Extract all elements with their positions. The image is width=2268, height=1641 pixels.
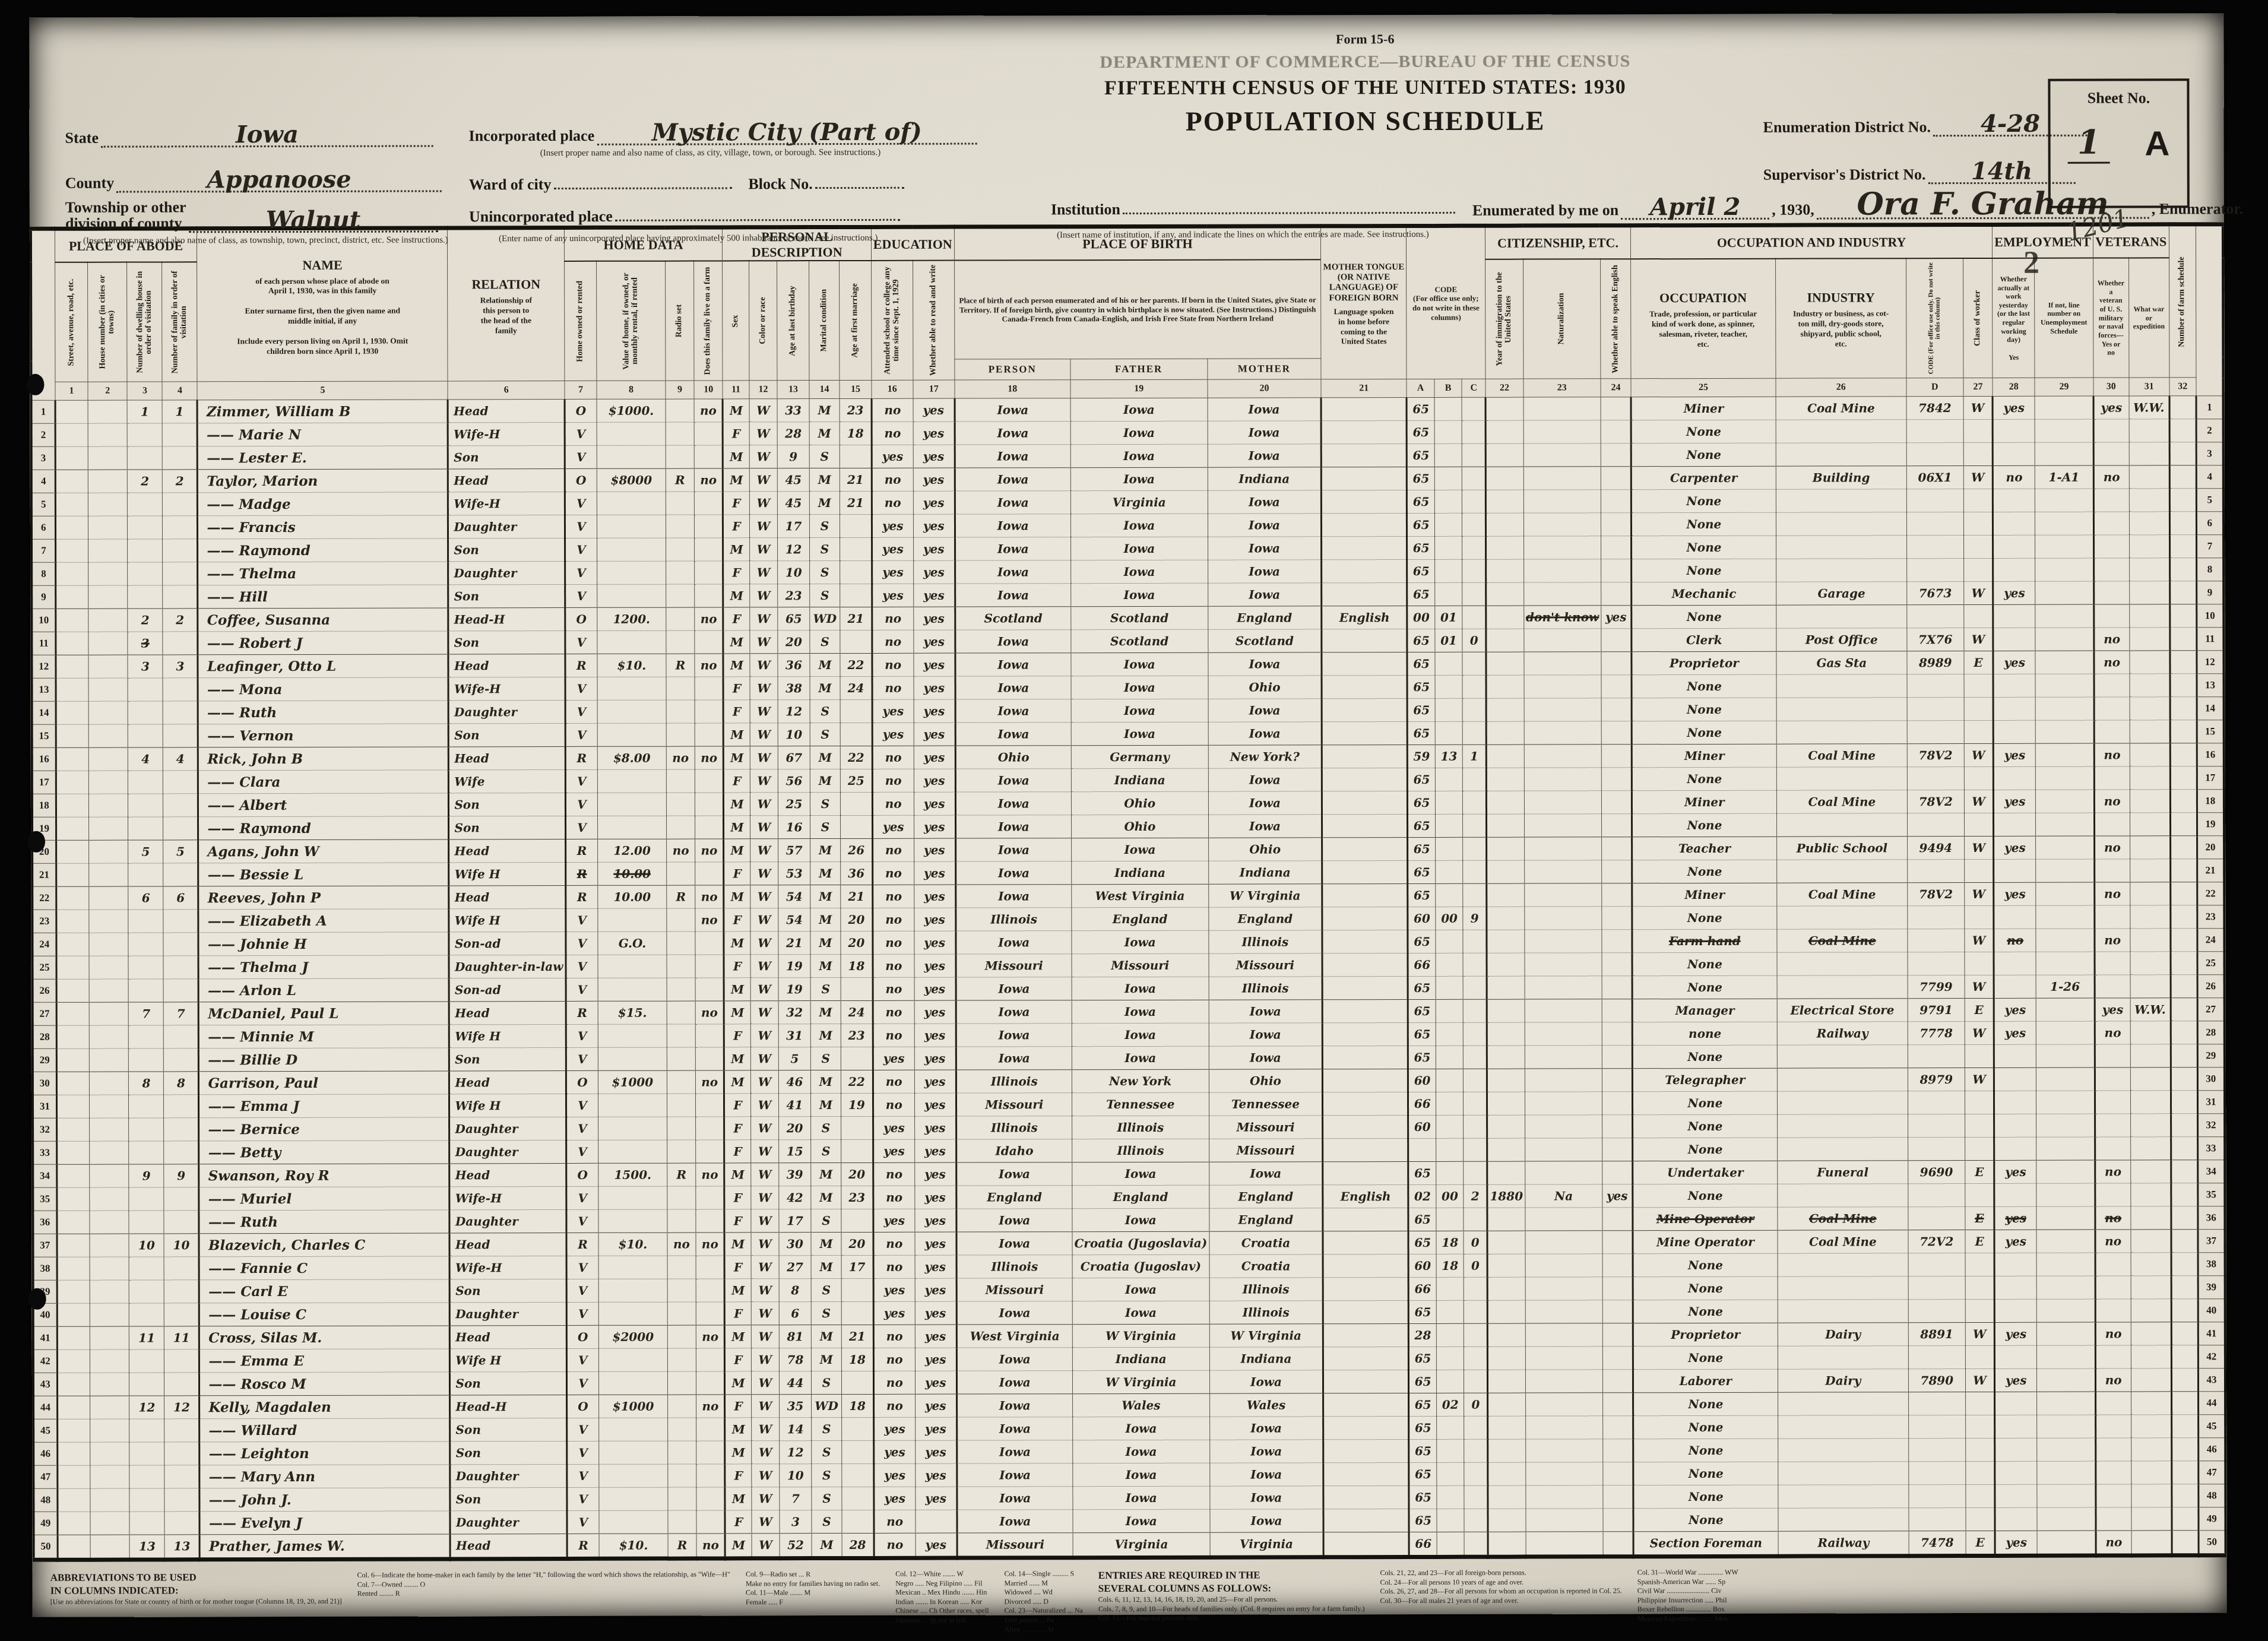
col-rel: Head	[449, 1070, 566, 1094]
col-dw: 12	[129, 1396, 164, 1419]
footer-block: Col. 14—Single ......... S Married .....…	[1004, 1569, 1083, 1634]
col-fam	[163, 423, 198, 446]
form-number: Form 15-6	[1009, 31, 1721, 48]
col-mar: S	[809, 561, 840, 584]
col-own: V	[566, 1371, 598, 1395]
col-ind: Building	[1776, 466, 1906, 489]
col-sch: no	[872, 491, 913, 514]
col-ca: 65	[1409, 1509, 1437, 1532]
col-farm	[696, 1371, 725, 1395]
col-eng	[1601, 443, 1631, 467]
col-cb	[1435, 559, 1463, 582]
col-race: W	[750, 1140, 779, 1163]
col-hn	[88, 655, 128, 678]
col-cc	[1464, 1138, 1487, 1161]
col-ind	[1776, 674, 1907, 698]
col-wk	[1993, 720, 2035, 743]
col-eng	[1602, 1138, 1633, 1161]
col-war	[2130, 813, 2170, 836]
col-bp: Iowa	[956, 1000, 1072, 1024]
col-war	[2130, 836, 2170, 859]
col-sch: no	[872, 468, 913, 491]
col-race: W	[750, 978, 779, 1001]
col-val	[598, 1209, 667, 1233]
col-sex: F	[723, 422, 749, 445]
col-eng	[1601, 652, 1632, 675]
col-farm: no	[695, 607, 723, 631]
line-number: 9	[2196, 581, 2223, 604]
col-ue	[2036, 929, 2095, 952]
col-cc	[1462, 490, 1486, 513]
col-rad: no	[666, 746, 695, 769]
header-cell: Naturalization	[1523, 259, 1601, 379]
col-bpf: West Virginia	[1072, 884, 1209, 907]
col-cc	[1464, 1416, 1488, 1439]
col-nat	[1525, 907, 1602, 930]
col-fam	[163, 817, 198, 840]
col-farm: no	[696, 1233, 724, 1256]
col-cb	[1437, 1509, 1465, 1532]
col-rel: Son	[450, 1487, 566, 1510]
col-st	[56, 724, 89, 747]
col-war	[2129, 489, 2169, 512]
col-dw	[129, 1257, 164, 1280]
institution-field: Institution	[1051, 200, 1455, 218]
col-bpf: Wales	[1072, 1393, 1209, 1417]
col-mt	[1323, 1532, 1409, 1557]
col-fam: 9	[164, 1164, 199, 1187]
col-occ: Mine Operator	[1633, 1207, 1778, 1231]
col-ind: Public School	[1776, 837, 1907, 860]
col-dw	[129, 1465, 164, 1488]
col-fam	[163, 539, 198, 562]
col-vet: no	[2094, 790, 2130, 813]
col-hn	[89, 747, 128, 771]
header-cell: D	[1906, 378, 1963, 397]
col-race: W	[750, 1163, 779, 1186]
col-wk: yes	[1995, 1368, 2037, 1392]
line-number: 13	[32, 678, 56, 701]
col-fam	[163, 493, 198, 516]
col-farm	[695, 677, 723, 700]
col-rw: yes	[913, 491, 955, 514]
col-vet	[2093, 581, 2129, 604]
col-name: —— Ruth	[198, 701, 449, 724]
col-hn	[88, 539, 128, 562]
col-cc	[1463, 976, 1487, 999]
col-mt	[1322, 629, 1407, 652]
col-bp: Illinois	[956, 1070, 1072, 1093]
col-cc	[1464, 1069, 1487, 1092]
col-occ: None	[1631, 420, 1776, 443]
header-cell: 26	[1776, 378, 1906, 397]
col-afm	[841, 1116, 873, 1139]
header-cell: 12	[749, 381, 778, 399]
col-rel: Son	[450, 1418, 566, 1441]
col-fs	[2171, 1067, 2197, 1091]
col-cls	[1963, 512, 1993, 535]
col-race: W	[750, 932, 779, 955]
col-val	[597, 422, 666, 445]
col-fs	[2170, 859, 2197, 882]
col-ca: 65	[1408, 721, 1436, 745]
col-code: 78V2	[1907, 744, 1964, 767]
col-name: Coffee, Susanna	[198, 608, 448, 632]
col-farm: no	[694, 468, 723, 492]
col-rel: Son	[448, 584, 565, 607]
col-vet	[2095, 905, 2130, 929]
col-sch: no	[874, 1510, 916, 1533]
col-rw: yes	[915, 1232, 956, 1255]
col-sch: no	[873, 931, 914, 954]
col-ca: 65	[1407, 513, 1435, 536]
col-dw	[128, 817, 163, 840]
col-fs	[2171, 1415, 2198, 1438]
col-war	[2129, 604, 2169, 628]
col-bp: Iowa	[956, 1232, 1072, 1255]
col-val: $1000	[598, 1070, 667, 1094]
line-number: 37	[2198, 1230, 2225, 1253]
col-race: W	[750, 723, 778, 746]
col-sex: M	[723, 399, 749, 422]
col-hn	[88, 516, 128, 539]
col-bpf: Iowa	[1072, 1023, 1209, 1046]
col-mt	[1322, 652, 1407, 676]
col-afm: 28	[842, 1533, 874, 1558]
col-occ: Telegrapher	[1632, 1068, 1777, 1092]
col-sch: no	[873, 1162, 915, 1186]
header-cell: Whether able to read and write	[913, 261, 954, 381]
col-fam	[164, 1187, 199, 1211]
col-cc: 2	[1464, 1184, 1487, 1208]
col-dw: 6	[128, 886, 163, 910]
col-sex: M	[724, 793, 750, 816]
col-fs	[2171, 952, 2197, 975]
line-number: 15	[32, 724, 56, 747]
col-val	[598, 1186, 667, 1209]
col-sch: no	[873, 1000, 914, 1024]
col-bpm: W Virginia	[1208, 884, 1322, 907]
col-cc	[1462, 513, 1486, 536]
col-rw: yes	[914, 861, 955, 885]
col-mt	[1323, 1254, 1408, 1278]
col-cls	[1965, 952, 1994, 975]
col-vet: no	[2093, 465, 2129, 489]
col-mt	[1323, 1162, 1408, 1185]
col-eng	[1602, 1347, 1633, 1370]
col-race: W	[752, 1534, 780, 1558]
col-code	[1906, 489, 1963, 512]
col-sch: yes	[874, 1463, 916, 1487]
col-race: W	[750, 746, 778, 769]
header-cell: Whether able to speak English	[1600, 259, 1630, 379]
line-number: 30	[33, 1072, 56, 1095]
col-rel: Daughter	[450, 1510, 566, 1534]
header-cell: 22	[1485, 379, 1523, 397]
col-cc	[1464, 1115, 1487, 1138]
col-ue	[2036, 952, 2095, 975]
col-rad	[667, 1186, 696, 1209]
col-war	[2129, 558, 2169, 581]
col-farm	[695, 932, 724, 955]
col-occ: Section Foreman	[1633, 1531, 1778, 1557]
col-cb	[1436, 1161, 1464, 1184]
col-rel: Wife-H	[448, 677, 565, 700]
col-race: W	[751, 1233, 780, 1256]
col-cls: E	[1966, 1531, 1995, 1556]
col-wk	[1994, 1299, 2036, 1322]
line-number: 32	[2197, 1114, 2225, 1137]
col-ue	[2037, 1531, 2096, 1556]
line-number: 27	[2197, 998, 2225, 1021]
col-fam: 2	[163, 609, 198, 632]
col-cls	[1965, 1276, 1995, 1299]
col-nat: don't know	[1524, 606, 1601, 629]
col-vet: yes	[2095, 998, 2130, 1021]
col-bpf: Iowa	[1071, 676, 1208, 699]
col-bpm: Iowa	[1209, 1000, 1323, 1023]
col-hn	[88, 400, 127, 423]
col-ca: 66	[1408, 1092, 1436, 1115]
col-age: 20	[778, 631, 810, 654]
header-cell: A	[1407, 379, 1434, 397]
col-val	[597, 584, 666, 607]
col-age: 53	[778, 862, 810, 885]
col-fs	[2171, 1021, 2197, 1044]
col-imm	[1486, 791, 1524, 814]
footer-block: Col. 12—White ....... W Negro ..... Neg …	[895, 1569, 989, 1634]
col-name: —— Raymond	[198, 538, 448, 562]
col-bpf: Iowa	[1073, 1417, 1210, 1440]
col-farm	[695, 1024, 724, 1047]
col-sch: no	[872, 676, 914, 699]
col-mt	[1321, 398, 1407, 421]
col-war	[2129, 419, 2169, 442]
col-cls: W	[1965, 1322, 1995, 1345]
col-name: —— Muriel	[199, 1187, 449, 1211]
col-ue	[2035, 419, 2093, 442]
col-bpm: Iowa	[1209, 1370, 1323, 1393]
col-sex: M	[724, 932, 750, 955]
col-afm	[841, 977, 873, 1000]
col-cc	[1463, 791, 1487, 814]
col-rad	[668, 1487, 696, 1510]
col-ue	[2035, 604, 2094, 628]
col-cls	[1963, 419, 1993, 442]
col-code	[1906, 536, 1963, 559]
col-afm: 25	[841, 769, 873, 792]
col-name: —— Emma J	[199, 1094, 449, 1118]
col-eng	[1601, 837, 1632, 860]
header-cell: 11	[723, 381, 749, 399]
col-st	[55, 446, 88, 470]
col-vet	[2095, 1137, 2130, 1160]
col-fs	[2170, 836, 2197, 859]
col-cb	[1434, 420, 1462, 443]
col-mt	[1323, 1417, 1409, 1440]
col-vet	[2093, 489, 2129, 512]
col-imm	[1486, 768, 1524, 791]
line-number: 48	[33, 1488, 57, 1512]
col-sex: M	[725, 1325, 751, 1348]
col-sex: M	[724, 1001, 750, 1024]
col-farm	[695, 862, 724, 885]
col-bpm: England	[1208, 907, 1322, 930]
col-mt	[1322, 815, 1408, 838]
col-code: 9791	[1908, 999, 1965, 1022]
col-bp: Iowa	[955, 815, 1071, 838]
col-name: Reeves, John P	[198, 886, 449, 910]
col-ue	[2037, 1484, 2096, 1507]
col-nat	[1525, 1370, 1602, 1393]
col-hn	[90, 1118, 129, 1141]
col-fam: 10	[164, 1234, 199, 1257]
col-st	[57, 1442, 90, 1465]
col-mt	[1322, 953, 1408, 977]
col-afm: 20	[841, 908, 873, 931]
col-hn	[89, 817, 128, 840]
col-afm: 22	[841, 1070, 873, 1093]
col-fs	[2169, 558, 2196, 581]
col-rel: Wife H	[450, 1348, 566, 1371]
col-ind	[1776, 767, 1907, 790]
col-eng	[1601, 420, 1631, 443]
col-val: $10.	[599, 1534, 668, 1558]
col-rel: Daughter	[449, 700, 565, 723]
col-afm	[840, 630, 872, 653]
col-ca: 65	[1409, 1393, 1437, 1416]
col-st	[55, 562, 88, 585]
col-sch: no	[872, 607, 914, 630]
col-war	[2131, 1368, 2171, 1392]
line-number: 3	[2196, 442, 2223, 465]
col-fs	[2169, 604, 2196, 628]
col-cc: 9	[1463, 907, 1487, 930]
col-bpm: Iowa	[1209, 1463, 1323, 1486]
col-vet: no	[2095, 1368, 2131, 1392]
col-wk	[1993, 697, 2035, 720]
col-race: W	[749, 422, 778, 445]
col-nat	[1523, 559, 1601, 582]
col-occ: Laborer	[1633, 1369, 1778, 1393]
col-sex: F	[725, 1510, 751, 1534]
col-afm	[840, 723, 872, 746]
col-mar: M	[810, 862, 840, 885]
col-cb: 00	[1436, 1184, 1464, 1208]
col-vet	[2095, 975, 2130, 998]
col-imm	[1487, 1323, 1525, 1347]
col-age: 12	[778, 538, 810, 561]
col-sex: F	[724, 1117, 750, 1140]
col-bpf: Tennessee	[1072, 1092, 1209, 1116]
col-war	[2130, 952, 2171, 975]
col-sex: M	[725, 1487, 751, 1510]
header-cell: Number of family in order of visitation	[162, 262, 197, 382]
col-dw	[129, 1512, 164, 1535]
col-fs	[2172, 1507, 2199, 1531]
col-st	[57, 1396, 90, 1419]
header-cell: 32	[2169, 378, 2196, 396]
col-ue	[2035, 442, 2093, 465]
col-vet: no	[2094, 651, 2130, 674]
col-war	[2131, 1253, 2171, 1276]
col-mar: M	[811, 1348, 841, 1371]
col-ind	[1778, 1276, 1908, 1300]
line-number: 10	[31, 609, 55, 632]
col-sch: no	[872, 838, 914, 861]
col-cls: W	[1964, 882, 1994, 905]
col-war	[2131, 1461, 2172, 1484]
col-vet: no	[2095, 1206, 2131, 1230]
col-hn	[90, 1349, 129, 1373]
col-bp: Iowa	[955, 861, 1071, 885]
col-bpm: England	[1209, 1185, 1323, 1208]
col-val	[598, 908, 667, 932]
col-imm	[1487, 860, 1525, 883]
col-rw: yes	[914, 699, 955, 723]
col-bpf: England	[1072, 1185, 1209, 1208]
col-farm	[694, 445, 723, 468]
col-eng	[1601, 536, 1631, 559]
col-eng	[1601, 490, 1631, 513]
col-val	[598, 1117, 667, 1140]
col-ca: 65	[1409, 1462, 1437, 1485]
col-cb	[1437, 1439, 1465, 1462]
line-number: 7	[2196, 535, 2223, 558]
col-name: —— Emma E	[199, 1349, 450, 1373]
col-rad	[667, 1047, 695, 1070]
table-row: 501313Prather, James W.HeadR$10.RnoMW52M…	[34, 1531, 2226, 1560]
col-fam	[164, 1118, 199, 1141]
col-sex: F	[724, 700, 750, 723]
col-hn	[89, 910, 128, 933]
col-ue	[2037, 1368, 2096, 1392]
col-bp: Iowa	[955, 560, 1070, 584]
col-vet	[2094, 766, 2130, 790]
col-afm	[840, 445, 872, 468]
col-mar: S	[810, 793, 840, 816]
line-number: 9	[31, 585, 55, 609]
col-mar: S	[810, 723, 840, 746]
col-hn	[90, 1442, 129, 1465]
col-val	[599, 1487, 668, 1510]
col-imm	[1487, 837, 1525, 860]
col-race: W	[749, 492, 778, 515]
col-name: —— Elizabeth A	[198, 909, 449, 933]
state-field: State Iowa	[65, 123, 433, 147]
col-cls	[1963, 442, 1993, 465]
col-name: —— Lester E.	[198, 446, 448, 470]
col-age: 19	[778, 978, 810, 1001]
col-vet	[2096, 1484, 2131, 1507]
col-ind: Funeral	[1778, 1161, 1908, 1184]
col-race: W	[749, 561, 778, 584]
header-cell: Whether a veteran of U. S. military or n…	[2093, 258, 2128, 378]
col-own: V	[566, 1140, 598, 1163]
col-hn	[90, 1257, 129, 1280]
col-val	[598, 1302, 667, 1325]
col-bp: Scotland	[955, 607, 1070, 630]
col-nat	[1525, 976, 1602, 999]
col-war	[2130, 1114, 2171, 1137]
col-rad: no	[666, 839, 695, 862]
col-wk	[1994, 1091, 2036, 1114]
col-rw: yes	[916, 1463, 957, 1487]
col-code	[1908, 1346, 1965, 1369]
col-cls	[1965, 905, 1994, 929]
col-imm	[1486, 559, 1524, 582]
col-cls	[1964, 813, 1994, 836]
